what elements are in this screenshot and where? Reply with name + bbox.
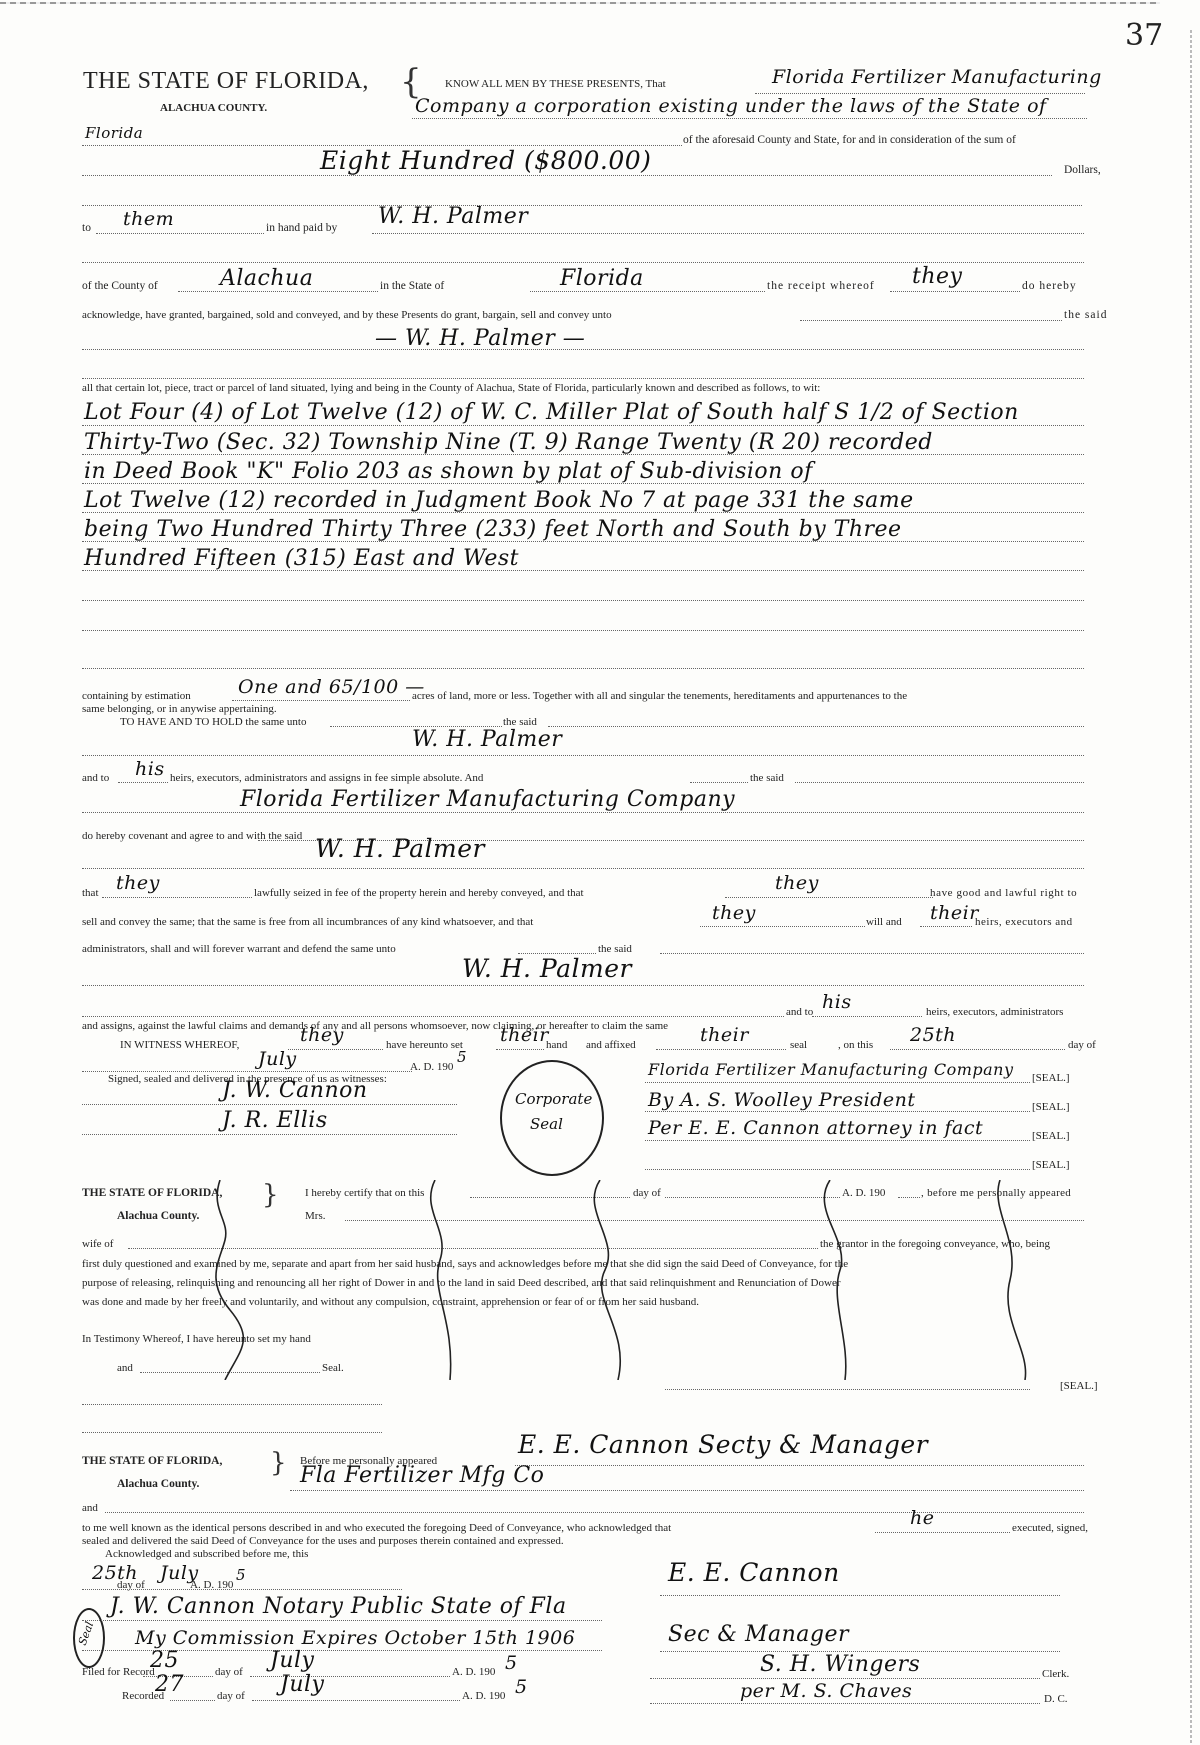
fill-line <box>548 726 1084 727</box>
seal-tag: [SEAL.] <box>1060 1380 1098 1392</box>
fill-line <box>82 425 1084 426</box>
fill-line <box>82 868 1084 869</box>
consideration-text: of the aforesaid County and State, for a… <box>683 134 1016 146</box>
receipt-label: the receipt whereof <box>767 280 875 292</box>
day-of-label: day of <box>217 1690 245 1702</box>
and-label: and <box>82 1502 98 1514</box>
fill-line <box>82 512 1084 513</box>
fill-line <box>82 1432 382 1433</box>
fill-line <box>82 1589 402 1590</box>
seal-tag: [SEAL.] <box>1032 1159 1070 1171</box>
and-to-label: and to <box>786 1006 813 1018</box>
fill-line <box>665 1389 1030 1390</box>
fill-line <box>82 205 1082 206</box>
wife-of-label: wife of <box>82 1238 113 1250</box>
do-hereby-label: do hereby <box>1022 280 1077 292</box>
corporate-seal-text-2: Seal <box>530 1115 563 1133</box>
witness-whereof-label: IN WITNESS WHEREOF, <box>120 1039 239 1051</box>
fill-line <box>795 782 1084 783</box>
fill-line <box>288 1049 383 1050</box>
containing-label: containing by estimation <box>82 690 191 702</box>
acres-text: acres of land, more or less. Together wi… <box>412 690 907 702</box>
fill-line <box>82 630 1084 631</box>
fill-line <box>82 483 1084 484</box>
good-right-text: have good and lawful right to <box>930 887 1077 899</box>
and-to-handwriting: his <box>135 758 165 780</box>
fill-line <box>412 118 1087 119</box>
fill-line <box>650 1678 1040 1679</box>
description-line-2: Thirty-Two (Sec. 32) Township Nine (T. 9… <box>84 430 933 455</box>
ack-county: Alachua County. <box>117 1478 199 1490</box>
hereunto-label: have hereunto set <box>386 1039 463 1051</box>
notary-handwriting-1: J. W. Cannon Notary Public State of Fla <box>110 1594 567 1619</box>
description-line-4: Lot Twelve (12) recorded in Judgment Boo… <box>84 488 914 513</box>
grantor-signature-1: Florida Fertilizer Manufacturing Company <box>648 1060 1014 1079</box>
acres-handwriting: One and 65/100 — <box>238 676 425 698</box>
filed-month-handwriting: July <box>270 1648 314 1673</box>
the-said-label: the said <box>1064 309 1107 321</box>
fill-line <box>82 378 1084 379</box>
fill-line <box>105 1512 1084 1513</box>
dc-label: D. C. <box>1044 1693 1068 1705</box>
fill-line <box>82 175 1052 176</box>
company-handwriting: Florida Fertilizer Manufacturing Company <box>240 787 735 812</box>
paid-by-handwriting: W. H. Palmer <box>378 204 528 229</box>
and-label: and <box>117 1362 133 1374</box>
fill-line <box>82 985 1084 986</box>
fill-line <box>920 926 972 927</box>
sealed-text: sealed and delivered the said Deed of Co… <box>82 1535 564 1547</box>
filed-year-handwriting: 5 <box>505 1652 518 1674</box>
fill-line <box>82 541 1084 542</box>
state-handwriting: Florida <box>560 266 644 291</box>
hand-label: hand <box>546 1039 567 1051</box>
ack-year-handwriting: 5 <box>236 1566 246 1584</box>
fill-line <box>645 1082 1030 1083</box>
that-handwriting-2: they <box>775 872 819 894</box>
cancellation-marks <box>200 1180 1100 1380</box>
county-label: of the County of <box>82 280 158 292</box>
sell-handwriting: they <box>712 902 756 924</box>
page-number: 37 <box>1125 18 1163 53</box>
fill-line <box>252 1700 460 1701</box>
filed-day-handwriting: 25 <box>150 1648 179 1673</box>
that-handwriting: they <box>116 872 160 894</box>
heirs-admin-label: heirs, executors, administrators <box>926 1006 1063 1018</box>
state-label: in the State of <box>380 280 444 292</box>
day-handwriting: 25th <box>910 1024 956 1046</box>
the-said-label: the said <box>750 772 784 784</box>
fill-line <box>82 1016 784 1017</box>
subscribed-text: Acknowledged and subscribed before me, t… <box>105 1548 308 1560</box>
grantor-signature-2: By A. S. Woolley President <box>648 1089 915 1111</box>
fill-line <box>515 1465 1084 1466</box>
witness-signature-2: J. R. Ellis <box>222 1108 328 1133</box>
fill-line <box>755 93 1085 94</box>
day-of-label: day of <box>215 1666 243 1678</box>
seal-tag: [SEAL.] <box>1032 1072 1070 1084</box>
fill-line <box>82 454 1084 455</box>
fill-line <box>812 1016 922 1017</box>
ack-signature-2: Sec & Manager <box>668 1622 849 1647</box>
dower-county: Alachua County. <box>117 1210 199 1222</box>
fill-line <box>800 320 1062 321</box>
fill-line <box>82 668 1084 669</box>
clerk-signature: S. H. Wingers <box>760 1652 920 1677</box>
fill-line <box>650 1703 1040 1704</box>
fill-line <box>290 1490 1084 1491</box>
grantor-handwriting-2: Company a corporation existing under the… <box>415 95 1047 117</box>
ad-label: A. D. 190 <box>452 1666 495 1678</box>
admin-text: administrators, shall and will forever w… <box>82 943 396 955</box>
month-handwriting: July <box>258 1048 297 1070</box>
affixed-handwriting: their <box>700 1024 749 1046</box>
notary-handwriting-2: My Commission Expires October 15th 1906 <box>135 1627 575 1649</box>
fill-line <box>118 782 168 783</box>
heirs-text: heirs, executors, administrators and ass… <box>170 772 483 784</box>
fill-line <box>178 291 378 292</box>
habendum-label: TO HAVE AND TO HOLD the same unto <box>120 716 306 728</box>
hand-handwriting: their <box>500 1024 549 1046</box>
description-intro: all that certain lot, piece, tract or pa… <box>82 382 820 394</box>
ad-label: A. D. 190 <box>190 1579 233 1591</box>
fill-line <box>82 1071 412 1072</box>
corporate-seal-text-1: Corporate <box>515 1090 592 1108</box>
heirs-exec-label: heirs, executors and <box>975 916 1073 928</box>
sell-text: sell and convey the same; that the same … <box>82 916 533 928</box>
grantor-handwriting-1: Florida Fertilizer Manufacturing <box>772 66 1102 88</box>
fill-line <box>656 1049 786 1050</box>
executed-label: executed, signed, <box>1012 1522 1088 1534</box>
fill-line <box>660 953 1084 954</box>
deed-page: 37 THE STATE OF FLORIDA, { ALACHUA COUNT… <box>0 0 1200 1745</box>
recorded-month-handwriting: July <box>280 1672 324 1697</box>
description-line-5: being Two Hundred Thirty Three (233) fee… <box>84 517 902 542</box>
appeared-handwriting-2: Fla Fertilizer Mfg Co <box>300 1463 544 1488</box>
paid-by-label: in hand paid by <box>266 222 337 234</box>
description-line-1: Lot Four (4) of Lot Twelve (12) of W. C.… <box>84 400 1019 425</box>
year-handwriting: 5 <box>457 1048 467 1066</box>
recorded-year-handwriting: 5 <box>515 1676 528 1698</box>
fill-line <box>82 1104 457 1105</box>
know-all-men: KNOW ALL MEN BY THESE PRESENTS, That <box>445 78 666 90</box>
fill-line <box>645 1111 1030 1112</box>
that-label: that <box>82 887 99 899</box>
to-handwriting: them <box>123 208 174 230</box>
description-line-3: in Deed Book "K" Folio 203 as shown by p… <box>84 459 813 484</box>
known-handwriting: he <box>910 1507 934 1529</box>
seal-tag: [SEAL.] <box>1032 1130 1070 1142</box>
amount-handwriting: Eight Hundred ($800.00) <box>320 146 651 175</box>
seal-tag: [SEAL.] <box>1032 1101 1070 1113</box>
brace: } <box>270 1448 287 1478</box>
fill-line <box>890 291 1020 292</box>
fill-line <box>725 897 933 898</box>
fill-line <box>82 600 1084 601</box>
clerk-label: Clerk. <box>1042 1668 1069 1680</box>
fill-line <box>890 1049 1065 1050</box>
covenant-handwriting: W. H. Palmer <box>315 834 485 863</box>
fill-line <box>496 1049 544 1050</box>
receipt-handwriting: they <box>912 264 962 289</box>
fill-line <box>645 1169 1030 1170</box>
ad-label: A. D. 190 <box>462 1690 505 1702</box>
fill-line <box>170 1700 215 1701</box>
grantor-handwriting-3: Florida <box>85 124 143 142</box>
grantor-signature-3: Per E. E. Cannon attorney in fact <box>648 1117 983 1139</box>
to-label: to <box>82 222 91 234</box>
dollars-label: Dollars, <box>1064 164 1101 176</box>
page-right-edge <box>1190 30 1192 1745</box>
county-handwriting: Alachua <box>220 266 313 291</box>
ad-label: A. D. 190 <box>410 1061 453 1073</box>
fill-line <box>690 782 748 783</box>
fill-line <box>232 700 410 701</box>
fill-line <box>102 897 252 898</box>
grant-text: acknowledge, have granted, bargained, so… <box>82 309 612 321</box>
fill-line <box>82 1404 382 1405</box>
fill-line <box>82 262 1084 263</box>
fill-line <box>700 926 865 927</box>
known-text: to me well known as the identical person… <box>82 1522 671 1534</box>
belonging-text: same belonging, or in anywise appertaini… <box>82 703 277 715</box>
state-title: THE STATE OF FLORIDA, <box>83 68 369 95</box>
habendum-handwriting: W. H. Palmer <box>412 727 562 752</box>
fill-line <box>82 755 1084 756</box>
seized-text: lawfully seized in fee of the property h… <box>254 887 584 899</box>
fill-line <box>372 233 1084 234</box>
ack-signature-1: E. E. Cannon <box>668 1558 840 1587</box>
ack-state-title: THE STATE OF FLORIDA, <box>82 1455 222 1467</box>
county-title: ALACHUA COUNTY. <box>160 102 267 114</box>
fill-line <box>82 570 1084 571</box>
and-to-label: and to <box>82 772 109 784</box>
fill-line <box>96 233 264 234</box>
will-and-label: will and <box>866 916 902 928</box>
witness-handwriting: they <box>300 1024 344 1046</box>
will-handwriting: their <box>930 902 979 924</box>
fill-line <box>82 812 1084 813</box>
and-to-handwriting: his <box>822 991 852 1013</box>
witness-signature-1: J. W. Cannon <box>222 1078 368 1103</box>
fill-line <box>645 1140 1030 1141</box>
defend-handwriting: W. H. Palmer <box>462 954 632 983</box>
grantee-handwriting: — W. H. Palmer — <box>375 326 585 351</box>
day-of-label: day of <box>1068 1039 1096 1051</box>
recorded-day-handwriting: 27 <box>155 1672 184 1697</box>
fill-line <box>530 291 765 292</box>
description-line-6: Hundred Fifteen (315) East and West <box>84 546 519 571</box>
page-top-edge <box>0 2 1160 4</box>
appeared-handwriting-1: E. E. Cannon Secty & Manager <box>518 1430 928 1459</box>
fill-line <box>82 1134 457 1135</box>
deputy-clerk-signature: per M. S. Chaves <box>740 1680 912 1702</box>
affixed-label: and affixed <box>586 1039 636 1051</box>
fill-line <box>82 1620 602 1621</box>
fill-line <box>82 349 1084 350</box>
assigns-text: and assigns, against the lawful claims a… <box>82 1020 668 1032</box>
on-this-label: , on this <box>838 1039 873 1051</box>
fill-line <box>875 1532 1010 1533</box>
fill-line <box>660 1595 1060 1596</box>
seal-label: seal <box>790 1039 807 1051</box>
